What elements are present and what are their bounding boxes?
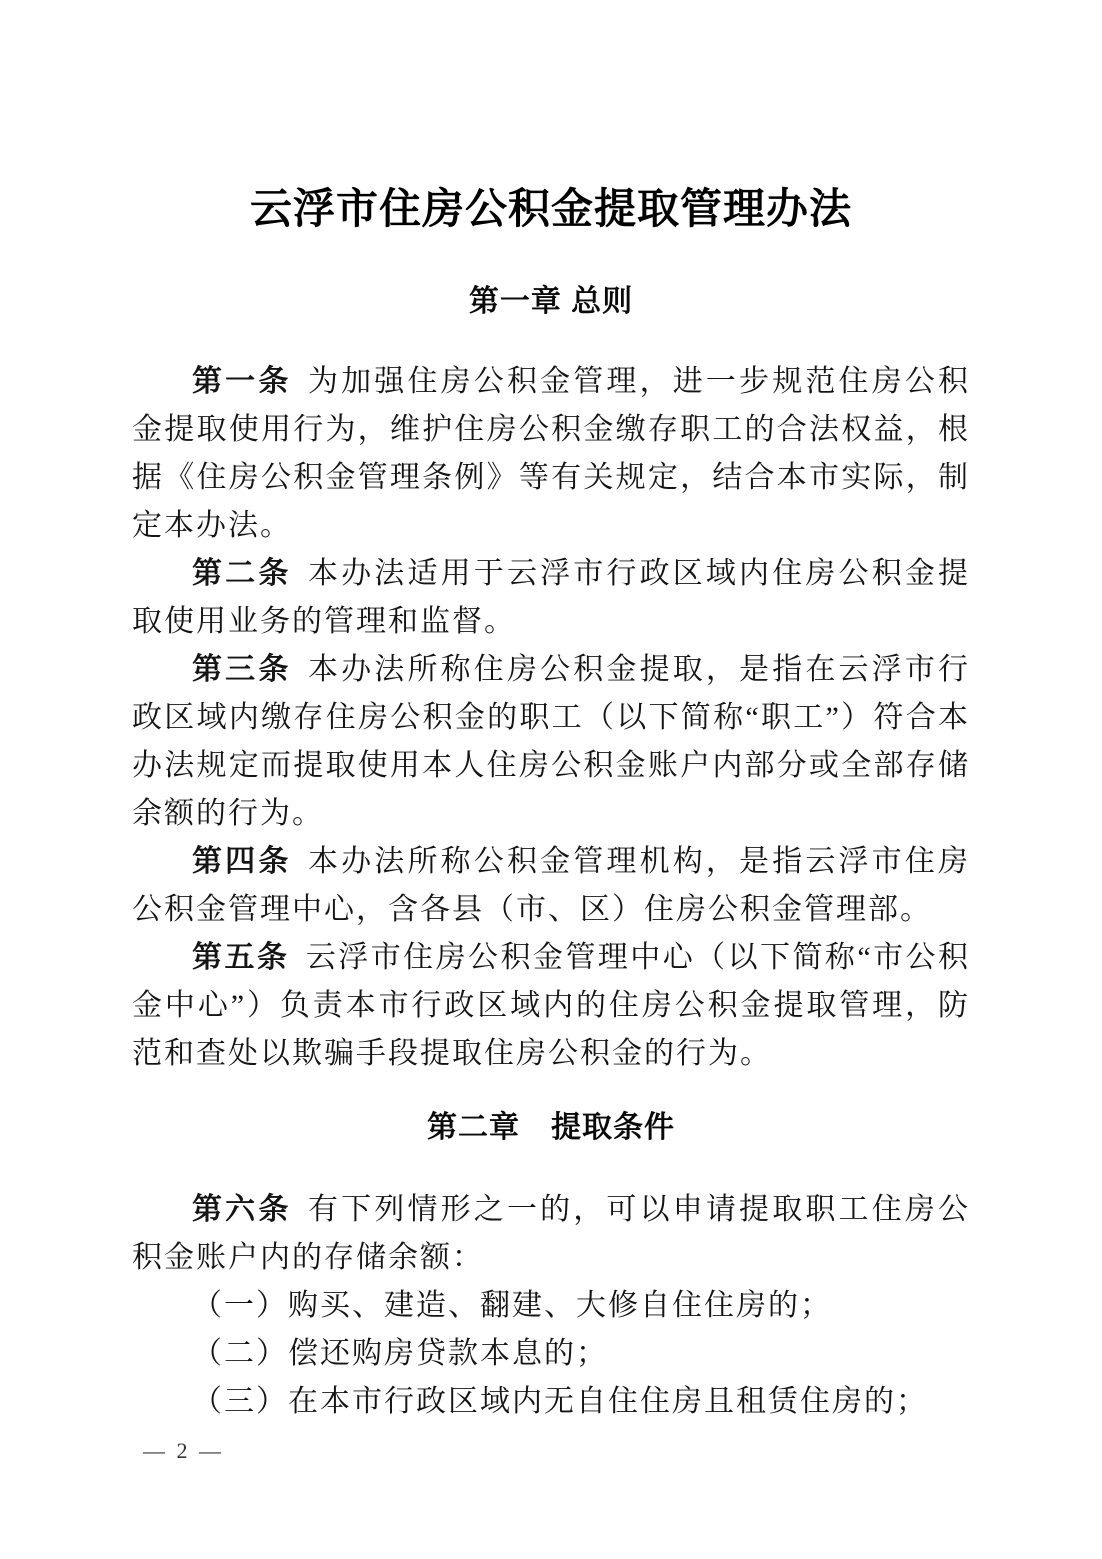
article-paragraph: 第六条有下列情形之一的，可以申请提取职工住房公积金账户内的存储余额： — [132, 1186, 970, 1282]
article-paragraph: 第三条本办法所称住房公积金提取，是指在云浮市行政区域内缴存住房公积金的职工（以下… — [132, 646, 970, 838]
article-subitem: （一）购买、建造、翻建、大修自住住房的； — [132, 1282, 970, 1330]
paragraph-text: （三）在本市行政区域内无自住住房且租赁住房的； — [192, 1385, 928, 1418]
page-number-footer: — 2 — — [143, 1438, 224, 1464]
article-lead: 第一条 — [192, 365, 291, 398]
article-paragraph: 第五条云浮市住房公积金管理中心（以下简称“市公积金中心”）负责本市行政区域内的住… — [132, 934, 970, 1078]
chapter-1-body: 第一条为加强住房公积金管理，进一步规范住房公积金提取使用行为，维护住房公积金缴存… — [132, 358, 970, 1078]
article-lead: 第六条 — [192, 1193, 291, 1226]
article-paragraph: 第四条本办法所称公积金管理机构，是指云浮市住房公积金管理中心，含各县（市、区）住… — [132, 838, 970, 934]
article-subitem: （三）在本市行政区域内无自住住房且租赁住房的； — [132, 1378, 970, 1426]
chapter-1-heading: 第一章 总则 — [132, 282, 970, 322]
chapter-2-body: 第六条有下列情形之一的，可以申请提取职工住房公积金账户内的存储余额： （一）购买… — [132, 1186, 970, 1426]
article-subitem: （二）偿还购房贷款本息的； — [132, 1330, 970, 1378]
paragraph-text: （一）购买、建造、翻建、大修自住住房的； — [192, 1289, 832, 1322]
article-lead: 第五条 — [192, 941, 289, 974]
chapter-2-heading: 第二章 提取条件 — [132, 1108, 970, 1148]
document-title: 云浮市住房公积金提取管理办法 — [132, 182, 970, 238]
paragraph-text: （二）偿还购房贷款本息的； — [192, 1337, 608, 1370]
article-lead: 第四条 — [192, 845, 291, 878]
article-paragraph: 第一条为加强住房公积金管理，进一步规范住房公积金提取使用行为，维护住房公积金缴存… — [132, 358, 970, 550]
article-lead: 第三条 — [192, 653, 291, 686]
article-lead: 第二条 — [192, 557, 291, 590]
document-page: 云浮市住房公积金提取管理办法 第一章 总则 第一条为加强住房公积金管理，进一步规… — [0, 0, 1102, 1559]
article-paragraph: 第二条本办法适用于云浮市行政区域内住房公积金提取使用业务的管理和监督。 — [132, 550, 970, 646]
